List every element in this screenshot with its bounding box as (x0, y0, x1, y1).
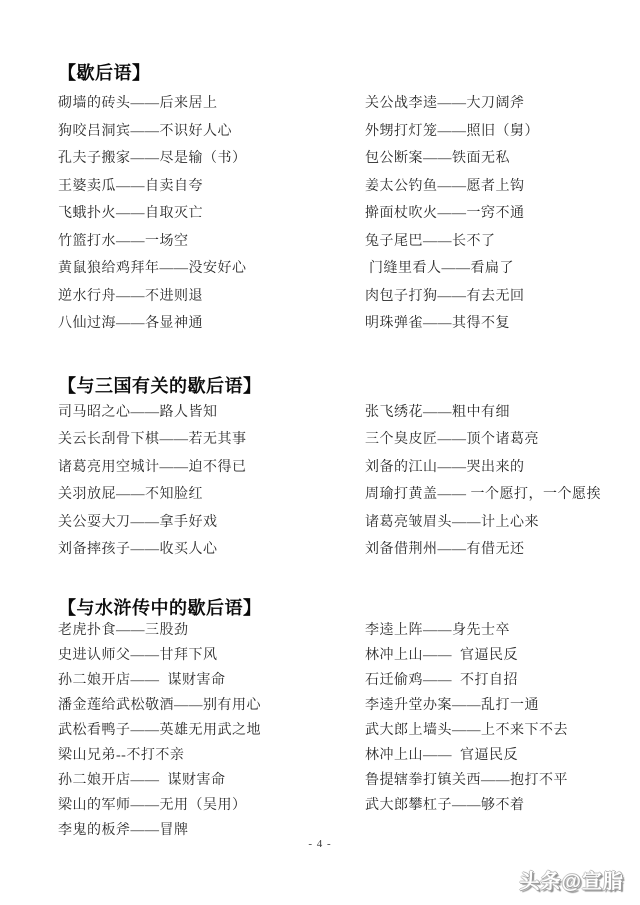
saying: 李逵上阵——身先士卒 (365, 623, 624, 639)
saying: 门缝里看人——看扁了 (365, 261, 624, 277)
saying: 擀面杖吹火——一窍不通 (365, 206, 624, 222)
saying: 关公战李逵——大刀阔斧 (365, 96, 624, 112)
saying: 包公断案——铁面无私 (365, 151, 624, 167)
saying-row: 梁山的军师——无用（吴用） 武大郎攀杠子——够不着 (58, 798, 624, 823)
saying: 鲁提辖拳打镇关西——抱打不平 (365, 773, 624, 789)
saying: 张飞绣花——粗中有细 (365, 405, 624, 421)
saying-row: 史进认师父——甘拜下风 林冲上山—— 官逼民反 (58, 648, 624, 673)
saying: 李逵升堂办案——乱打一通 (365, 698, 624, 714)
saying: 王婆卖瓜——自卖自夸 (58, 179, 365, 195)
saying-row: 孔夫子搬家——尽是输（书） 包公断案——铁面无私 (58, 151, 624, 179)
saying: 武大郎攀杠子——够不着 (365, 798, 624, 814)
saying: 关公耍大刀——拿手好戏 (58, 515, 365, 531)
saying-rows: 砌墙的砖头——后来居上 关公战李逵——大刀阔斧 狗咬吕洞宾——不识好人心 外甥打… (58, 96, 624, 344)
saying-rows: 司马昭之心——路人皆知 张飞绣花——粗中有细 关云长刮骨下棋——若无其事 三个臭… (58, 405, 624, 570)
saying-row: 司马昭之心——路人皆知 张飞绣花——粗中有细 (58, 405, 624, 433)
section-xiehouyu: 【歇后语】 砌墙的砖头——后来居上 关公战李逵——大刀阔斧 狗咬吕洞宾——不识好… (58, 63, 624, 344)
section-sanguo: 【与三国有关的歇后语】 司马昭之心——路人皆知 张飞绣花——粗中有细 关云长刮骨… (58, 376, 624, 570)
section-shuihu: 【与水浒传中的歇后语】 老虎扑食——三股劲 李逵上阵——身先士卒 史进认师父——… (58, 598, 624, 848)
saying: 刘备的江山——哭出来的 (365, 460, 624, 476)
section-title: 【与三国有关的歇后语】 (58, 376, 624, 396)
saying: 史进认师父——甘拜下风 (58, 648, 365, 664)
saying-row: 八仙过海——各显神通 明珠弹雀——其得不复 (58, 316, 624, 344)
saying-row: 竹篮打水——一场空 兔子尾巴——长不了 (58, 234, 624, 262)
saying: 潘金莲给武松敬酒——别有用心 (58, 698, 365, 714)
saying-row: 孙二娘开店—— 谋财害命 石迁偷鸡—— 不打自招 (58, 673, 624, 698)
saying: 兔子尾巴——长不了 (365, 234, 624, 250)
document-content: 【歇后语】 砌墙的砖头——后来居上 关公战李逵——大刀阔斧 狗咬吕洞宾——不识好… (58, 63, 624, 848)
saying: 逆水行舟——不进则退 (58, 289, 365, 305)
saying-row: 刘备摔孩子——收买人心 刘备借荆州——有借无还 (58, 542, 624, 570)
saying-rows: 老虎扑食——三股劲 李逵上阵——身先士卒 史进认师父——甘拜下风 林冲上山—— … (58, 623, 624, 848)
saying: 武大郎上墙头——上不来下不去 (365, 723, 624, 739)
saying: 刘备摔孩子——收买人心 (58, 542, 365, 558)
section-title: 【与水浒传中的歇后语】 (58, 598, 624, 618)
saying-row: 孙二娘开店—— 谋财害命 鲁提辖拳打镇关西——抱打不平 (58, 773, 624, 798)
saying: 肉包子打狗——有去无回 (365, 289, 624, 305)
saying: 明珠弹雀——其得不复 (365, 316, 624, 332)
saying: 狗咬吕洞宾——不识好人心 (58, 124, 365, 140)
saying: 孙二娘开店—— 谋财害命 (58, 773, 365, 789)
saying-row: 武松看鸭子——英雄无用武之地 武大郎上墙头——上不来下不去 (58, 723, 624, 748)
saying-row: 逆水行舟——不进则退 肉包子打狗——有去无回 (58, 289, 624, 317)
saying-row: 诸葛亮用空城计——迫不得已 刘备的江山——哭出来的 (58, 460, 624, 488)
saying-row: 潘金莲给武松敬酒——别有用心 李逵升堂办案——乱打一通 (58, 698, 624, 723)
saying: 刘备借荆州——有借无还 (365, 542, 624, 558)
watermark-toutiao: 头条@宣脂 (519, 865, 624, 894)
saying: 八仙过海——各显神通 (58, 316, 365, 332)
saying-row: 王婆卖瓜——自卖自夸 姜太公钓鱼——愿者上钩 (58, 179, 624, 207)
saying: 诸葛亮用空城计——迫不得已 (58, 460, 365, 476)
saying-row: 关公耍大刀——拿手好戏 诸葛亮皱眉头——计上心来 (58, 515, 624, 543)
saying-row: 砌墙的砖头——后来居上 关公战李逵——大刀阔斧 (58, 96, 624, 124)
saying: 李鬼的板斧——冒牌 (58, 823, 365, 839)
saying: 飞蛾扑火——自取灭亡 (58, 206, 365, 222)
saying: 外甥打灯笼——照旧（舅） (365, 124, 624, 140)
saying-row: 狗咬吕洞宾——不识好人心 外甥打灯笼——照旧（舅） (58, 124, 624, 152)
document-page: 【歇后语】 砌墙的砖头——后来居上 关公战李逵——大刀阔斧 狗咬吕洞宾——不识好… (0, 0, 640, 905)
saying: 黄鼠狼给鸡拜年——没安好心 (58, 261, 365, 277)
saying: 关羽放屁——不知脸红 (58, 487, 365, 503)
saying: 梁山兄弟--不打不亲 (58, 748, 365, 764)
saying: 竹篮打水——一场空 (58, 234, 365, 250)
section-title: 【歇后语】 (58, 63, 624, 83)
saying: 砌墙的砖头——后来居上 (58, 96, 365, 112)
saying: 三个臭皮匠——顶个诸葛亮 (365, 432, 624, 448)
saying: 老虎扑食——三股劲 (58, 623, 365, 639)
saying-row: 关羽放屁——不知脸红 周瑜打黄盖—— 一个愿打，一个愿挨 (58, 487, 624, 515)
saying: 梁山的军师——无用（吴用） (58, 798, 365, 814)
saying: 石迁偷鸡—— 不打自招 (365, 673, 624, 689)
saying: 林冲上山—— 官逼民反 (365, 748, 624, 764)
saying: 孙二娘开店—— 谋财害命 (58, 673, 365, 689)
saying-row: 关云长刮骨下棋——若无其事 三个臭皮匠——顶个诸葛亮 (58, 432, 624, 460)
saying: 林冲上山—— 官逼民反 (365, 648, 624, 664)
saying: 姜太公钓鱼——愿者上钩 (365, 179, 624, 195)
saying: 关云长刮骨下棋——若无其事 (58, 432, 365, 448)
saying-row: 梁山兄弟--不打不亲 林冲上山—— 官逼民反 (58, 748, 624, 773)
saying-row: 飞蛾扑火——自取灭亡 擀面杖吹火——一窍不通 (58, 206, 624, 234)
saying: 司马昭之心——路人皆知 (58, 405, 365, 421)
saying-row: 老虎扑食——三股劲 李逵上阵——身先士卒 (58, 623, 624, 648)
saying: 武松看鸭子——英雄无用武之地 (58, 723, 365, 739)
saying-row: 黄鼠狼给鸡拜年——没安好心 门缝里看人——看扁了 (58, 261, 624, 289)
saying: 诸葛亮皱眉头——计上心来 (365, 515, 624, 531)
page-number: - 4 - (0, 838, 640, 850)
saying: 孔夫子搬家——尽是输（书） (58, 151, 365, 167)
saying: 周瑜打黄盖—— 一个愿打，一个愿挨 (365, 487, 624, 503)
